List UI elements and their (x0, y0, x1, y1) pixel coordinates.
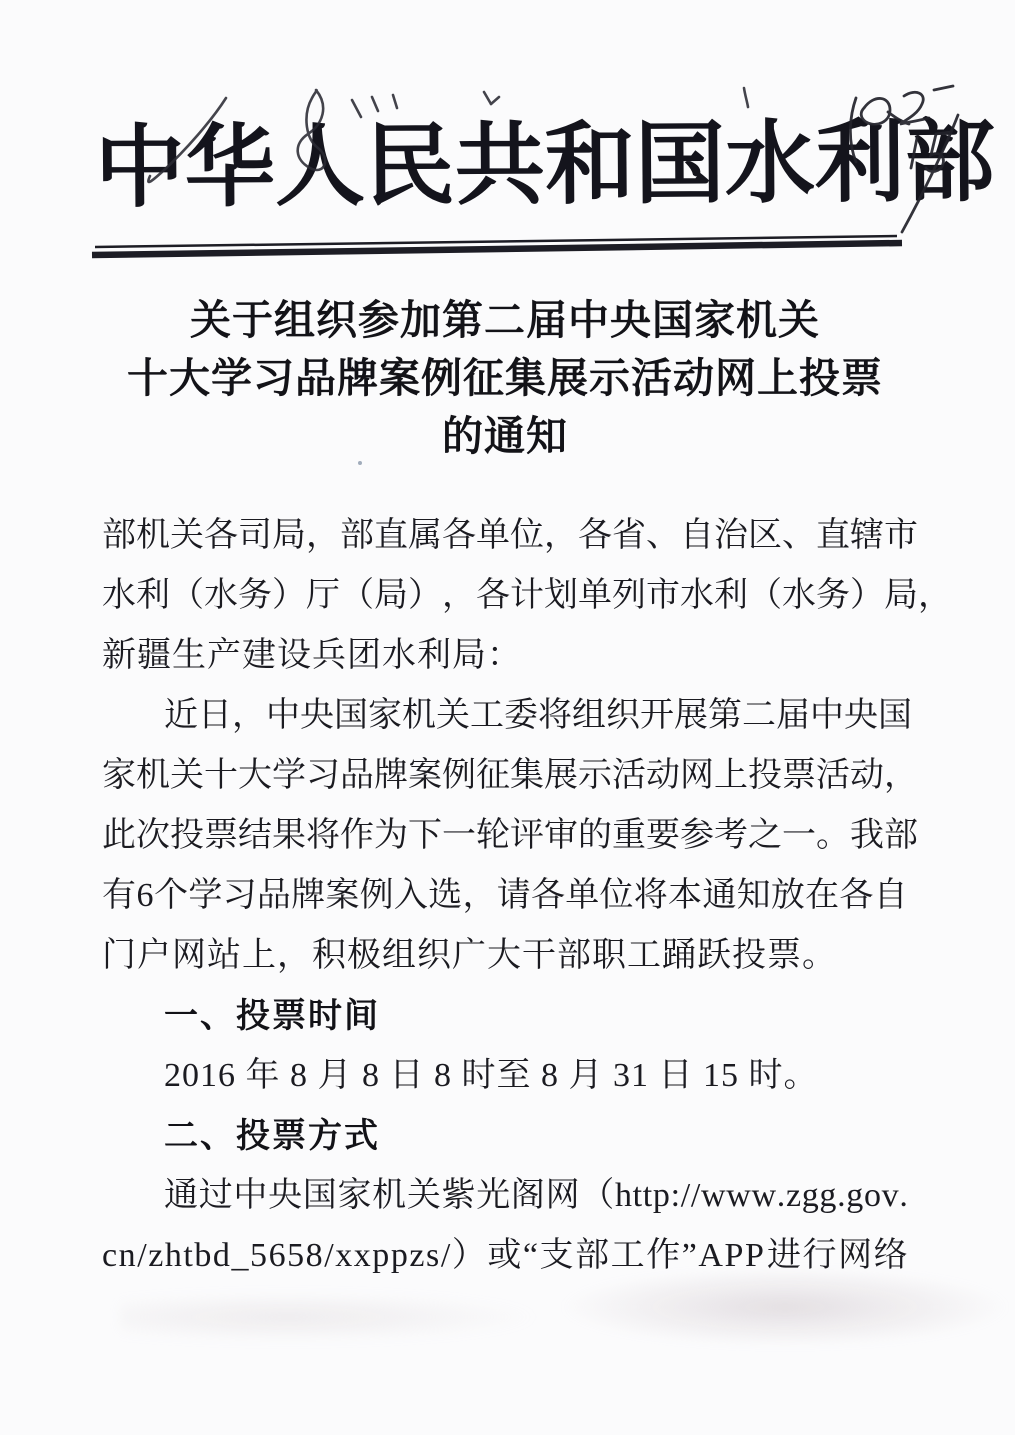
body-char: 活 (612, 746, 646, 806)
body-char: b (194, 1226, 211, 1286)
body-char: 市 (884, 506, 918, 566)
letterhead-char: 民 (365, 112, 456, 222)
body-char: 各 (476, 566, 510, 626)
body-char: 学 (272, 746, 306, 806)
body-char: 各 (442, 506, 476, 566)
body-char: 单 (578, 566, 612, 626)
body-char: 。 (816, 806, 850, 866)
body-char: 品 (340, 746, 374, 806)
body-char: 单 (565, 866, 599, 926)
body-char: n (119, 1226, 136, 1286)
body-char: 家 (102, 746, 136, 806)
body-char: 案 (325, 866, 359, 926)
body-char: 日 (198, 686, 232, 746)
body-char: 部 (884, 806, 918, 866)
body-char: 5 (287, 1226, 304, 1286)
letterhead-char: 华 (185, 114, 276, 224)
body-char: 考 (714, 806, 748, 866)
body-char: 6 (137, 866, 154, 926)
body-char: ， (884, 746, 918, 806)
body-char: 十 (204, 746, 238, 806)
body-char: 之 (748, 806, 782, 866)
body-char: 票 (782, 746, 816, 806)
body-char: / (324, 1226, 333, 1286)
body-char: 利 (714, 566, 748, 626)
body-char: x (335, 1226, 352, 1286)
body-char: g (846, 1166, 863, 1226)
body-char: 有 (102, 866, 136, 926)
letterhead-char: 共 (455, 112, 546, 222)
body-char: 织 (606, 686, 640, 746)
body-char: / (441, 1226, 450, 1286)
body-char: 自 (680, 506, 714, 566)
body-char: 开 (640, 686, 674, 746)
body-char: g (802, 1166, 819, 1226)
body-char: 的 (578, 806, 612, 866)
body-char: 习 (306, 746, 340, 806)
body-char: （ (340, 566, 374, 626)
body-char: g (819, 1166, 836, 1226)
body-char: / (137, 1226, 146, 1286)
body-char: 我 (850, 806, 884, 866)
section-heading: 二、投票方式 (102, 1106, 908, 1166)
body-char: ） (408, 566, 442, 626)
body-char: 各 (839, 866, 873, 926)
body-char: （ (748, 566, 782, 626)
body-char: 水 (102, 566, 136, 626)
body-char: 票 (204, 806, 238, 866)
body-char: 参 (680, 806, 714, 866)
body-char: 国 (878, 686, 912, 746)
body-char: 动 (850, 746, 884, 806)
body-char: 、 (782, 506, 816, 566)
body-char: 为 (374, 806, 408, 866)
body-char: 关 (407, 1166, 441, 1226)
letterhead-char: 利 (815, 109, 906, 219)
body-char: 一 (442, 806, 476, 866)
body-char: 各 (531, 866, 565, 926)
body-line: 2016 年 8 月 8 日 8 时至 8 月 31 日 15 时。 (102, 1046, 908, 1106)
body-char: 牌 (291, 866, 325, 926)
body-char: 本 (668, 866, 702, 926)
letterhead-title: 中华人民共和国水利部 (95, 109, 894, 241)
body-char: 例 (360, 866, 394, 926)
body-char: 家 (368, 686, 402, 746)
body-char: 结 (238, 806, 272, 866)
body-char: 要 (646, 806, 680, 866)
letterhead-char: 人 (275, 113, 366, 223)
body-char: 投 (748, 746, 782, 806)
body-char: 家 (337, 1166, 371, 1226)
body-line: 近日，中央国家机关工委将组织开展第二届中央国 (102, 686, 908, 746)
body-char: 关 (170, 746, 204, 806)
body-char: 划 (544, 566, 578, 626)
body-char: 展 (674, 686, 708, 746)
body-char: h (615, 1166, 632, 1226)
body-char: ） (850, 566, 884, 626)
body-line: 家机关十大学习品牌案例征集展示活动网上投票活动， (102, 746, 908, 806)
body-char: 投 (170, 806, 204, 866)
body-char: . (837, 1166, 846, 1226)
body-char: 务 (816, 566, 850, 626)
body-char: w (726, 1166, 751, 1226)
body-char: p (653, 1166, 670, 1226)
body-char: 机 (402, 686, 436, 746)
body-char: 示 (578, 746, 612, 806)
body-char: “ (523, 1226, 538, 1286)
body-char: 动 (646, 746, 680, 806)
document-body: 部机关各司局，部直属各单位，各省、自治区、直辖市水利（水务）厅（局），各计划单列… (102, 506, 908, 1286)
body-char: 委 (504, 686, 538, 746)
body-char: z (409, 1226, 424, 1286)
body-char: 展 (544, 746, 578, 806)
body-char: 近 (164, 686, 198, 746)
body-char: 选 (428, 866, 462, 926)
body-char: 过 (199, 1166, 233, 1226)
body-char: 区 (748, 506, 782, 566)
body-char: w (752, 1166, 777, 1226)
body-char: 紫 (442, 1166, 476, 1226)
body-char: 评 (510, 806, 544, 866)
body-char: h (165, 1226, 182, 1286)
body-line: 部机关各司局，部直属各单位，各省、自治区、直辖市 (102, 506, 908, 566)
body-char: 自 (874, 866, 908, 926)
body-char: 部 (102, 506, 136, 566)
body-char: 第 (708, 686, 742, 746)
body-char: 放 (771, 866, 805, 926)
body-char: v (882, 1166, 899, 1226)
body-char: 轮 (476, 806, 510, 866)
body-char: d (213, 1226, 230, 1286)
body-char: 局 (884, 566, 918, 626)
scan-smudge (565, 1268, 1005, 1346)
body-char: p (372, 1226, 389, 1286)
body-char: 计 (510, 566, 544, 626)
body-char: 中 (810, 686, 844, 746)
body-char: 机 (372, 1166, 406, 1226)
body-char: 案 (408, 746, 442, 806)
body-char: 位 (510, 506, 544, 566)
body-char: ， (306, 506, 340, 566)
body-line: 通过中央国家机关紫光阁网（http://www.zgg.gov. (102, 1166, 908, 1226)
body-char: 审 (544, 806, 578, 866)
letterhead-char: 部 (905, 109, 996, 219)
body-char: 水 (204, 566, 238, 626)
body-char: 8 (306, 1226, 323, 1286)
body-char: 直 (816, 506, 850, 566)
body-line: 此次投票结果将作为下一轮评审的重要参考之一。我部 (102, 806, 908, 866)
body-char: . (777, 1166, 786, 1226)
body-char: 入 (394, 866, 428, 926)
body-char: 组 (572, 686, 606, 746)
body-char: _ (231, 1226, 248, 1286)
body-char: o (864, 1166, 881, 1226)
body-char: 将 (306, 806, 340, 866)
body-char: 国 (303, 1166, 337, 1226)
body-char: 一 (782, 806, 816, 866)
body-char: 局 (374, 566, 408, 626)
body-char: 上 (714, 746, 748, 806)
body-char: 集 (510, 746, 544, 806)
body-char: 司 (238, 506, 272, 566)
body-char: 5 (250, 1226, 267, 1286)
body-char: t (643, 1166, 652, 1226)
scan-smudge-2 (120, 1292, 540, 1342)
body-char: 辖 (850, 506, 884, 566)
body-char: 关 (436, 686, 470, 746)
body-char: 列 (612, 566, 646, 626)
body-char: 学 (188, 866, 222, 926)
body-char: 例 (442, 746, 476, 806)
title-line-2: 十大学习品牌案例征集展示活动网上投票 (102, 349, 908, 407)
body-char: 将 (538, 686, 572, 746)
title-line-3: 的通知 (102, 407, 908, 465)
body-char: ， (544, 506, 578, 566)
body-char: 作 (340, 806, 374, 866)
body-char: 光 (476, 1166, 510, 1226)
body-line: 门户网站上，积极组织广大干部职工踊跃投票。 (102, 926, 908, 986)
body-char: 届 (776, 686, 810, 746)
body-char: 央 (268, 1166, 302, 1226)
body-char: 机 (136, 746, 170, 806)
body-char: t (633, 1166, 642, 1226)
body-char: p (391, 1226, 408, 1286)
letterhead-char: 和 (545, 111, 636, 221)
body-char: 品 (257, 866, 291, 926)
body-char: （ (170, 566, 204, 626)
body-char: 关 (170, 506, 204, 566)
body-char: 央 (300, 686, 334, 746)
body-char: t (183, 1226, 192, 1286)
body-char: 二 (742, 686, 776, 746)
body-char: c (102, 1226, 117, 1286)
body-char: 市 (646, 566, 680, 626)
body-char: ， (442, 566, 476, 626)
body-char: 请 (497, 866, 531, 926)
title-line-1: 关于组织参加第二届中央国家机关 (102, 291, 908, 349)
body-char: 习 (223, 866, 257, 926)
body-char: 厅 (306, 566, 340, 626)
document-page: 中华人民共和国水利部 (0, 0, 1015, 1435)
body-char: 国 (334, 686, 368, 746)
body-char: x (354, 1226, 371, 1286)
body-char: 央 (844, 686, 878, 746)
body-char: 在 (805, 866, 839, 926)
body-char: 、 (646, 506, 680, 566)
body-char: z (148, 1226, 163, 1286)
body-char: ， (232, 686, 266, 746)
section-heading: 一、投票时间 (102, 986, 908, 1046)
body-char: 单 (476, 506, 510, 566)
body-char: 通 (702, 866, 736, 926)
body-char: 网 (546, 1166, 580, 1226)
body-char: 各 (204, 506, 238, 566)
body-char: 机 (136, 506, 170, 566)
body-char: ） (452, 1226, 486, 1286)
body-char: w (701, 1166, 726, 1226)
body-char: 知 (737, 866, 771, 926)
letterhead-char: 中 (95, 114, 186, 224)
body-char: 利 (136, 566, 170, 626)
body-char: 务 (238, 566, 272, 626)
body-char: . (899, 1166, 908, 1226)
letterhead-char: 水 (725, 110, 816, 220)
body-char: 此 (102, 806, 136, 866)
body-char: 省 (612, 506, 646, 566)
body-line: 新疆生产建设兵团水利局： (102, 626, 908, 686)
body-char: 重 (612, 806, 646, 866)
body-char: / (681, 1166, 690, 1226)
body-char: 阁 (511, 1166, 545, 1226)
body-char: 或 (487, 1226, 521, 1286)
body-char: 征 (476, 746, 510, 806)
document-title: 关于组织参加第二届中央国家机关 十大学习品牌案例征集展示活动网上投票 的通知 (102, 291, 908, 465)
body-char: : (671, 1166, 680, 1226)
body-line: 水利（水务）厅（局），各计划单列市水利（水务）局， (102, 566, 908, 626)
body-char: 部 (340, 506, 374, 566)
body-char: 直 (374, 506, 408, 566)
body-char: 通 (164, 1166, 198, 1226)
body-char: 水 (680, 566, 714, 626)
body-char: 位 (600, 866, 634, 926)
body-char: / (691, 1166, 700, 1226)
body-char: 网 (680, 746, 714, 806)
body-char: 6 (269, 1226, 286, 1286)
body-char: 局 (272, 506, 306, 566)
body-char: 各 (578, 506, 612, 566)
body-char: 属 (408, 506, 442, 566)
body-char: ， (918, 566, 952, 626)
body-char: （ (580, 1166, 614, 1226)
body-char: z (786, 1166, 801, 1226)
body-char: s (426, 1226, 439, 1286)
body-char: 活 (816, 746, 850, 806)
body-char: 果 (272, 806, 306, 866)
body-char: 大 (238, 746, 272, 806)
body-char: 下 (408, 806, 442, 866)
body-char: 治 (714, 506, 748, 566)
body-char: 将 (634, 866, 668, 926)
body-char: 个 (154, 866, 188, 926)
body-char: ） (272, 566, 306, 626)
body-char: ， (462, 866, 496, 926)
body-line: 有 6 个学习品牌案例入选，请各单位将本通知放在各自 (102, 866, 908, 926)
body-char: 牌 (374, 746, 408, 806)
body-char: 工 (470, 686, 504, 746)
body-char: 次 (136, 806, 170, 866)
body-char: 水 (782, 566, 816, 626)
body-char: 中 (266, 686, 300, 746)
body-char: 中 (233, 1166, 267, 1226)
scan-speck (358, 461, 362, 465)
letterhead-char: 国 (635, 110, 726, 220)
